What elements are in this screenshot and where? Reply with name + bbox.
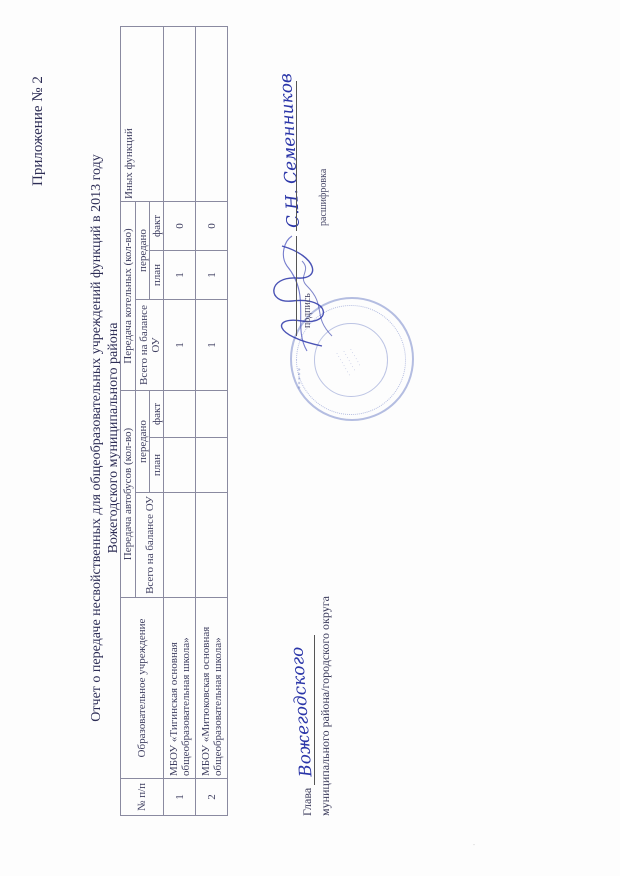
decoding-line <box>296 81 297 231</box>
signature-caption: подпись <box>302 293 313 328</box>
signature-line <box>296 236 297 336</box>
decoding-caption: расшифровка <box>318 169 329 226</box>
head-caption: муниципального района/городского округа <box>318 596 333 816</box>
head-blank: Вожегодского <box>302 635 315 785</box>
scanned-page: Приложение № 2 Отчет о передаче несвойст… <box>0 0 620 876</box>
head-line: Глава Вожегодского <box>300 635 315 816</box>
handwritten-signature-icon <box>262 226 342 356</box>
rotated-content: Приложение № 2 Отчет о передаче несвойст… <box>0 0 620 876</box>
decoding-handwritten: С.Н. Семенников <box>276 73 304 229</box>
head-label: Глава <box>300 788 314 816</box>
signature-block: Глава Вожегодского муниципального района… <box>0 0 620 876</box>
scan-artifact: · <box>470 843 479 846</box>
stamp-text-decoration: * * * * * <box>298 368 304 389</box>
head-handwritten: Вожегодского <box>287 646 316 778</box>
